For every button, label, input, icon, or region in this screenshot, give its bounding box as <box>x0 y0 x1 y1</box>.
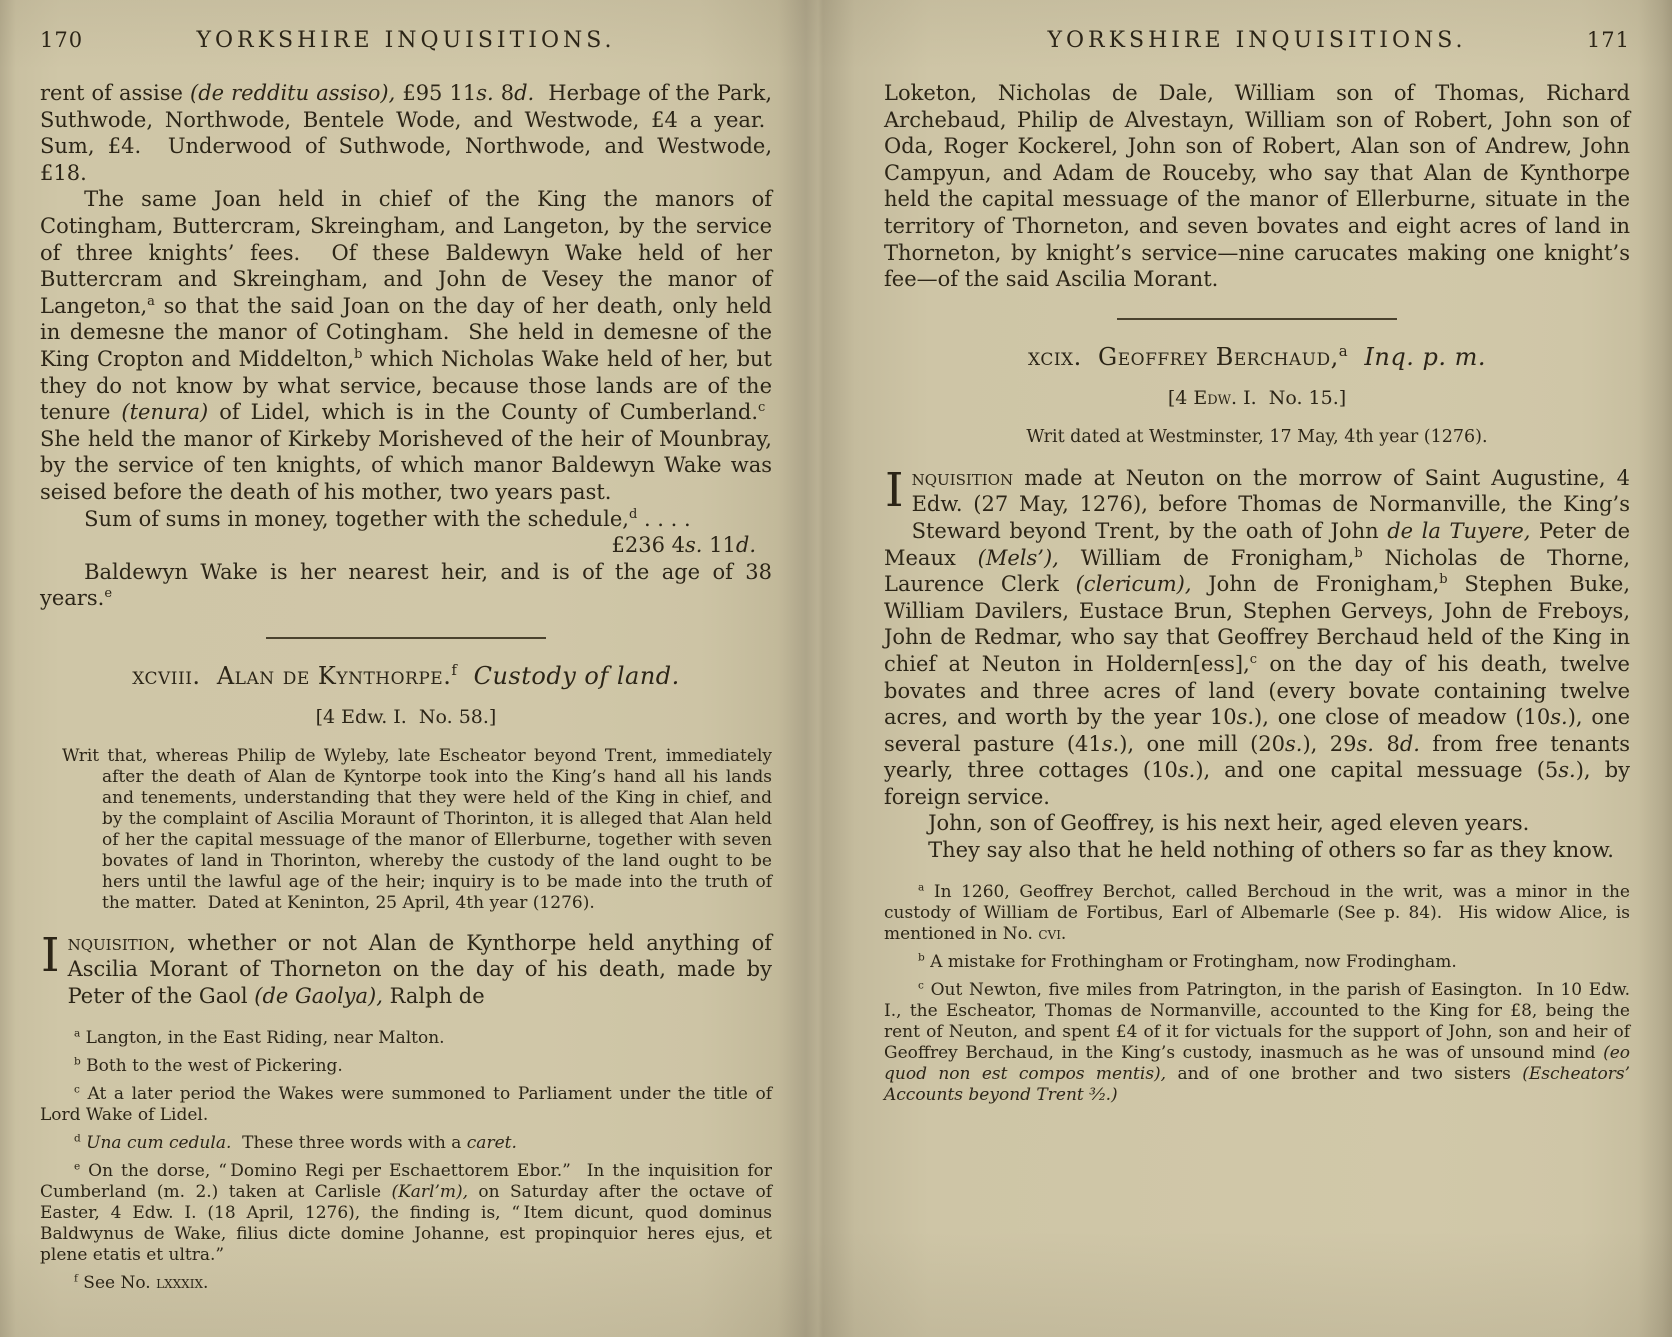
footnote-e: e On the dorse, “ Domino Regi per Eschae… <box>40 1161 772 1266</box>
paragraph-jurors: Loketon, Nicholas de Dale, William son o… <box>884 80 1630 293</box>
inquisition-paragraph-right: Inquisition made at Neuton on the morrow… <box>884 465 1630 811</box>
writ-abstract-xcviii: Writ that, whereas Philip de Wyleby, lat… <box>40 746 772 914</box>
page-right-header: 000 YORKSHIRE INQUISITIONS. 171 <box>884 28 1630 53</box>
page-number-left: 170 <box>40 28 110 52</box>
book-scan: 170 YORKSHIRE INQUISITIONS. 000 rent of … <box>0 0 1672 1337</box>
footnote-a-right: a In 1260, Geoffrey Berchot, called Berc… <box>884 882 1630 945</box>
section-divider-left <box>266 637 546 639</box>
inquisition-paragraph-left: Inquisition, whether or not Alan de Kynt… <box>40 930 772 1010</box>
page-left: 170 YORKSHIRE INQUISITIONS. 000 rent of … <box>40 28 772 1294</box>
footnote-c-right: c Out Newton, five miles from Patrington… <box>884 980 1630 1106</box>
section-heading-xcviii: xcviii. Alan de Kynthorpe.f Custody of l… <box>40 662 772 690</box>
section-heading-xcix: xcix. Geoffrey Berchaud,a Inq. p. m. <box>884 343 1630 371</box>
footnote-d: d Una cum cedula. These three words with… <box>40 1133 772 1154</box>
footnote-b-right: b A mistake for Frothingham or Frotingha… <box>884 952 1630 973</box>
footnote-c: c At a later period the Wakes were summo… <box>40 1084 772 1126</box>
paragraph-next-heir: John, son of Geoffrey, is his next heir,… <box>884 810 1630 837</box>
footnote-a: a Langton, in the East Riding, near Malt… <box>40 1028 772 1049</box>
page-left-header: 170 YORKSHIRE INQUISITIONS. 000 <box>40 28 772 53</box>
section-divider-right <box>1117 318 1397 320</box>
section-ref-xcix: [4 Edw. I. No. 15.] <box>884 387 1630 409</box>
running-title-left: YORKSHIRE INQUISITIONS. <box>110 28 702 53</box>
page-number-right: 171 <box>1560 28 1630 52</box>
paragraph-joan-manors: The same Joan held in chief of the King … <box>40 186 772 505</box>
sum-line: Sum of sums in money, together with the … <box>40 506 772 533</box>
paragraph-heir: Baldewyn Wake is her nearest heir, and i… <box>40 559 772 612</box>
running-title-right: YORKSHIRE INQUISITIONS. <box>954 28 1560 53</box>
footnotes-left: a Langton, in the East Riding, near Malt… <box>40 1028 772 1294</box>
footnotes-right: a In 1260, Geoffrey Berchot, called Berc… <box>884 882 1630 1106</box>
footnote-f: f See No. lxxxix. <box>40 1273 772 1294</box>
paragraph-held-nothing: They say also that he held nothing of ot… <box>884 837 1630 864</box>
sum-amount: £236 4s. 11d. <box>40 532 772 559</box>
footnote-b: b Both to the west of Pickering. <box>40 1056 772 1077</box>
section-ref-xcviii: [4 Edw. I. No. 58.] <box>40 706 772 728</box>
page-right: 000 YORKSHIRE INQUISITIONS. 171 Loketon,… <box>884 28 1630 1106</box>
paragraph-rent-of-assise: rent of assise (de redditu assiso), £95 … <box>40 80 772 186</box>
writ-dated-line: Writ dated at Westminster, 17 May, 4th y… <box>884 427 1630 448</box>
